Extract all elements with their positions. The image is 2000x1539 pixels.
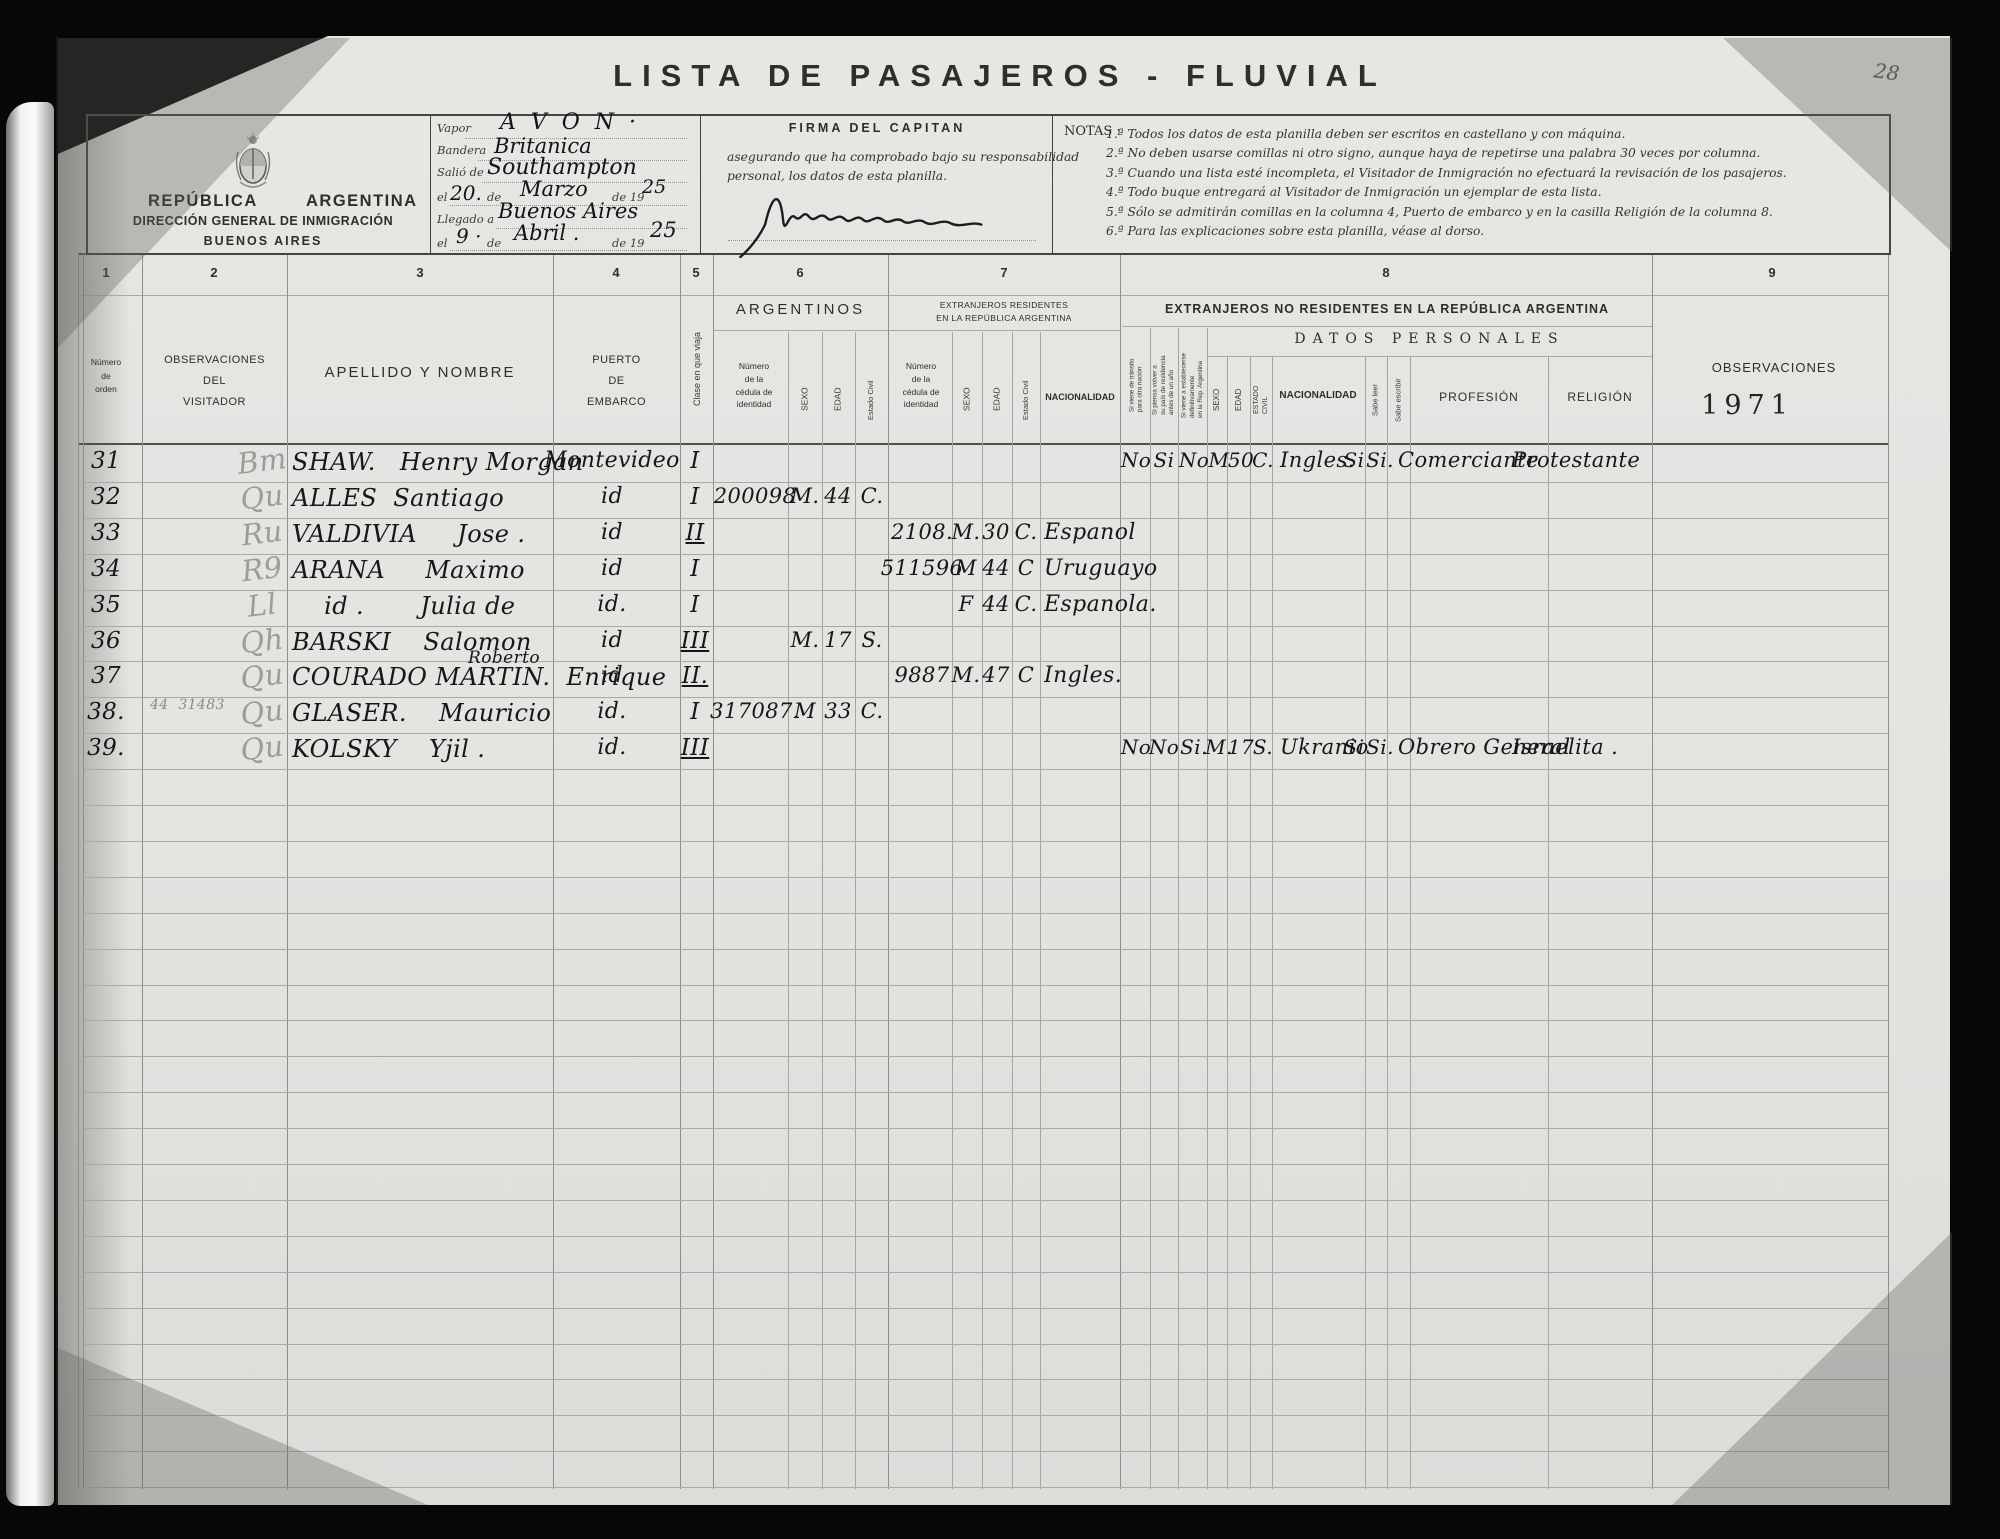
grid-line-v xyxy=(982,332,983,1489)
cell-nr-transit: No xyxy=(1121,448,1151,472)
cell-res-id: 2108. xyxy=(891,520,953,544)
label-de-2: de xyxy=(487,236,501,250)
cell-nr-write: Si. xyxy=(1366,448,1394,472)
column-number: 6 xyxy=(796,265,803,280)
note-item: 5.ª Sólo se admitirán comillas en la col… xyxy=(1106,205,1773,219)
cell-res-sex: F xyxy=(959,592,974,616)
cell-pencil-note: 44 31483 xyxy=(150,697,225,713)
col7-id-header: Número de la cédula de identidad xyxy=(882,360,960,411)
cell-nr-age: 17 xyxy=(1228,735,1254,759)
cell-nr-settle: Si. xyxy=(1180,735,1208,759)
cell-res-id: 511596 xyxy=(881,556,964,580)
label-salio-de: Salió de xyxy=(437,165,484,179)
cell-nr-civil: C. xyxy=(1252,448,1274,472)
row-number: 35 xyxy=(91,592,121,618)
grid-line-v xyxy=(142,253,143,1489)
row-number: 31 xyxy=(91,448,121,474)
cell-port: id xyxy=(601,663,623,688)
grid-line-h xyxy=(84,1092,1888,1093)
grid-line-v xyxy=(1012,332,1013,1489)
column-number: 7 xyxy=(1000,265,1007,280)
grid-line-h xyxy=(84,805,1888,806)
visitor-mark: Ru xyxy=(239,513,284,552)
col8-nacionalidad-header: NACIONALIDAD xyxy=(1272,390,1364,401)
cell-name-above: Roberto xyxy=(468,648,540,668)
cell-res-civil: C. xyxy=(1015,520,1038,544)
col8-datos-header: DATOS PERSONALES xyxy=(1207,331,1652,347)
cell-nr-read: Si xyxy=(1344,448,1365,472)
col7-civil-header: Estado Civil xyxy=(1016,358,1036,442)
cell-nr-settle: No xyxy=(1179,448,1209,472)
row-number: 36 xyxy=(91,628,121,654)
col8-sexo-header: SEXO xyxy=(1208,362,1226,438)
column-number: 2 xyxy=(210,265,217,280)
cell-arg-civil: S. xyxy=(861,628,882,652)
col1-header: Número de orden xyxy=(66,356,146,397)
rule xyxy=(1122,326,1652,327)
label-el: el xyxy=(437,190,447,204)
col8-edad-header: EDAD xyxy=(1230,362,1248,438)
cell-arg-id: 200098 xyxy=(714,484,797,508)
note-item: 4.ª Todo buque entregará al Visitador de… xyxy=(1106,185,1602,199)
rule xyxy=(78,295,1888,296)
cell-class: II xyxy=(686,520,705,546)
visitor-mark: Qh xyxy=(238,621,285,660)
grid-line-h xyxy=(84,913,1888,914)
header-divider xyxy=(700,114,701,253)
cell-res-nat: Espanola. xyxy=(1044,592,1157,617)
cell-class: I xyxy=(690,699,700,725)
row-number: 39. xyxy=(87,735,125,761)
grid-line-h xyxy=(84,1020,1888,1021)
captain-line1: asegurando que ha comprobado bajo su res… xyxy=(727,150,1079,164)
hw-salida-mes: Marzo xyxy=(520,177,588,201)
grid-line-h xyxy=(84,1236,1888,1237)
cell-nr-return: No xyxy=(1149,735,1179,759)
grid-line-h xyxy=(84,1128,1888,1129)
hw-llegada-anio: 25 xyxy=(650,218,677,242)
grid-line-v xyxy=(1227,356,1228,1489)
cell-nr-sex: M xyxy=(1209,448,1230,472)
cell-class: I xyxy=(690,448,700,474)
captain-signature xyxy=(732,171,1035,261)
cell-arg-sex: M. xyxy=(791,628,820,652)
column-number: 8 xyxy=(1382,265,1389,280)
col8-establecerse-header: Si viene a establecerse definitivamente … xyxy=(1180,330,1206,440)
cell-nr-rel: Protestante xyxy=(1512,448,1640,472)
cell-arg-age: 17 xyxy=(824,628,852,652)
hw-llegada-lugar: Buenos Aires xyxy=(498,199,638,223)
grid-line-h xyxy=(84,1379,1888,1380)
cell-name: ARANA Maximo xyxy=(292,556,525,584)
grid-line-v xyxy=(1365,356,1366,1489)
cell-arg-id: 317087. xyxy=(710,699,800,723)
captain-title: FIRMA DEL CAPITAN xyxy=(702,121,1052,135)
sheet xyxy=(58,36,1950,1505)
cell-res-civil: C xyxy=(1018,663,1034,687)
grid-line-v xyxy=(1250,356,1251,1489)
grid-line-h xyxy=(84,949,1888,950)
cell-name: ALLES Santiago xyxy=(292,484,504,512)
col9-header: OBSERVACIONES xyxy=(1660,360,1888,375)
grid-line-h xyxy=(84,626,1888,627)
visitor-mark: R9 xyxy=(240,549,285,588)
rule xyxy=(1207,356,1652,357)
cell-nr-return: Si xyxy=(1154,448,1175,472)
visitor-mark: Bm xyxy=(235,441,288,481)
grid-line-h xyxy=(84,1344,1888,1345)
label-el-2: el xyxy=(437,236,447,250)
col8-religion-header: RELIGIÓN xyxy=(1548,390,1652,404)
note-item: 1.ª Todos los datos de esta planilla deb… xyxy=(1106,127,1625,141)
label-bandera: Bandera xyxy=(437,143,486,157)
grid-line-v xyxy=(78,253,79,1489)
cell-arg-age: 33 xyxy=(824,699,852,723)
scanned-passenger-list-page: LISTA DE PASAJEROS - FLUVIAL 28 REPÚBLIC… xyxy=(0,0,2000,1539)
visitor-mark: Qu xyxy=(238,693,285,732)
grid-line-h xyxy=(84,1164,1888,1165)
col4-header: PUERTO DE EMBARCO xyxy=(553,350,680,413)
cell-class: I xyxy=(690,592,700,618)
cell-arg-sex: M. xyxy=(791,484,820,508)
cell-arg-age: 44 xyxy=(824,484,852,508)
cell-port: id. xyxy=(597,592,626,617)
label-vapor: Vapor xyxy=(437,121,471,135)
grid-line-h xyxy=(84,877,1888,878)
cell-port: id. xyxy=(597,699,626,724)
note-item: 6.ª Para las explicaciones sobre esta pl… xyxy=(1106,224,1484,238)
cell-res-age: 44 xyxy=(982,556,1010,580)
cell-res-sex: M xyxy=(955,556,977,580)
header-divider xyxy=(430,114,431,253)
grid-line-h xyxy=(84,482,1888,483)
grid-line-h xyxy=(84,1451,1888,1452)
cell-res-nat: Ingles. xyxy=(1044,663,1122,688)
cell-res-age: 44 xyxy=(982,592,1010,616)
col5-header: Clase en que viaja xyxy=(686,303,710,435)
grid-line-h xyxy=(84,1415,1888,1416)
note-item: 2.ª No deben usarse comillas ni otro sig… xyxy=(1106,146,1760,160)
grid-line-v xyxy=(1040,332,1041,1489)
book-binding xyxy=(6,102,54,1506)
visitor-mark: Qu xyxy=(238,477,285,516)
grid-line-h xyxy=(84,1200,1888,1201)
cell-res-civil: C xyxy=(1018,556,1034,580)
grid-line-v xyxy=(1272,356,1273,1489)
rule xyxy=(713,330,1120,331)
page-title: LISTA DE PASAJEROS - FLUVIAL xyxy=(613,58,1387,94)
col2-header: OBSERVACIONES DEL VISITADOR xyxy=(142,350,287,413)
row-number: 33 xyxy=(91,520,121,546)
cell-class: I xyxy=(690,556,700,582)
col7-nacionalidad-header: NACIONALIDAD xyxy=(1040,392,1120,402)
grid-line-h xyxy=(84,1056,1888,1057)
grid-line-v xyxy=(553,253,554,1489)
grid-line-h xyxy=(84,518,1888,519)
list-number-stamp: 1971 xyxy=(1655,390,1840,421)
col8-civil-header: ESTADO CIVIL xyxy=(1251,362,1271,438)
hw-salida-dia: 20. xyxy=(450,181,482,205)
col6-edad-header: EDAD xyxy=(828,360,848,438)
cell-res-sex: M. xyxy=(952,663,981,687)
grid-line-v xyxy=(1410,356,1411,1489)
rule xyxy=(78,443,1888,445)
grid-line-v xyxy=(680,253,681,1489)
cell-nr-civil: S. xyxy=(1253,735,1273,759)
label-de19-2: de 19 xyxy=(612,236,644,250)
hw-llegada-mes: Abril . xyxy=(514,221,579,245)
col8-transito-header: Si viene de tránsito para otra nación xyxy=(1124,330,1149,440)
cell-res-age: 47 xyxy=(982,663,1010,687)
row-number: 34 xyxy=(91,556,121,582)
header-divider xyxy=(1052,114,1053,253)
cell-name: VALDIVIA Jose . xyxy=(292,520,525,548)
grid-line-v xyxy=(822,332,823,1489)
grid-line-h xyxy=(84,590,1888,591)
grid-line-v xyxy=(855,332,856,1489)
grid-line-v xyxy=(83,253,84,1489)
grid-line-h xyxy=(84,661,1888,662)
hw-llegada-dia: 9 · xyxy=(456,224,481,248)
cell-nr-write: Si. xyxy=(1366,735,1394,759)
grid-line-v xyxy=(952,332,953,1489)
grid-line-v xyxy=(287,253,288,1489)
grid-line-v xyxy=(1120,253,1121,1489)
column-number: 3 xyxy=(416,265,423,280)
cell-nr-transit: No xyxy=(1121,735,1151,759)
cell-class: III xyxy=(681,735,709,761)
cell-res-nat: Espanol xyxy=(1044,520,1136,545)
grid-line-h xyxy=(84,1308,1888,1309)
col7-edad-header: EDAD xyxy=(987,360,1007,438)
col6-civil-header: Estado Civil xyxy=(861,358,881,442)
grid-line-v xyxy=(888,253,889,1489)
cell-port: id xyxy=(601,484,623,509)
cell-port: id xyxy=(601,628,623,653)
cell-class: III xyxy=(681,628,709,654)
cell-name: id . Julia de xyxy=(292,592,515,620)
grid-line-h xyxy=(84,841,1888,842)
col8-title: EXTRANJEROS NO RESIDENTES EN LA REPÚBLIC… xyxy=(1122,302,1652,316)
cell-res-age: 30 xyxy=(982,520,1010,544)
grid-line-h xyxy=(84,554,1888,555)
cell-port: id. xyxy=(597,735,626,760)
note-item: 3.ª Cuando una lista esté incompleta, el… xyxy=(1106,166,1787,180)
row-number: 32 xyxy=(91,484,121,510)
cell-class: II. xyxy=(682,663,709,689)
grid-line-h xyxy=(84,985,1888,986)
col6-sexo-header: SEXO xyxy=(795,360,815,438)
cell-res-sex: M. xyxy=(952,520,981,544)
grid-line-v xyxy=(1207,328,1208,1489)
grid-line-v xyxy=(1387,356,1388,1489)
org-name-right: ARGENTINA xyxy=(306,192,418,211)
grid-line-v xyxy=(1652,253,1653,1489)
visitor-mark: Ll xyxy=(245,586,278,623)
grid-line-h xyxy=(84,1272,1888,1273)
grid-line-h xyxy=(84,733,1888,734)
visitor-mark: Qu xyxy=(238,729,285,768)
row-number: 37 xyxy=(91,663,121,689)
grid-line-v xyxy=(713,253,714,1489)
cell-arg-civil: C. xyxy=(861,699,884,723)
visitor-mark: Qu xyxy=(238,657,285,696)
hw-vapor: A V O N · xyxy=(500,110,640,135)
cell-nr-rel: Israelita . xyxy=(1512,735,1618,759)
cell-name: GLASER. Mauricio xyxy=(292,699,551,727)
cell-arg-civil: C. xyxy=(861,484,884,508)
col8-profesion-header: PROFESIÓN xyxy=(1410,390,1548,404)
cell-port: Montevideo xyxy=(544,448,680,473)
column-number: 9 xyxy=(1768,265,1775,280)
grid-line-v xyxy=(1150,328,1151,1489)
cell-nr-read: Si xyxy=(1344,735,1365,759)
col7-sexo-header: SEXO xyxy=(957,360,977,438)
cell-name: KOLSKY Yjil . xyxy=(292,735,485,763)
cell-class: I xyxy=(690,484,700,510)
col8-sabe-leer-header: Sabe leer xyxy=(1366,362,1385,438)
column-number: 4 xyxy=(612,265,619,280)
col6-title: ARGENTINOS xyxy=(713,301,888,318)
grid-line-v xyxy=(1548,356,1549,1489)
column-number: 5 xyxy=(692,265,699,280)
cell-arg-sex: M xyxy=(794,699,816,723)
col3-header: APELLIDO Y NOMBRE xyxy=(287,364,553,381)
cell-nr-age: 50 xyxy=(1228,448,1254,472)
col8-sabe-escribir-header: Sabe escribir xyxy=(1389,362,1408,438)
grid-line-h xyxy=(84,769,1888,770)
cell-res-civil: C. xyxy=(1015,592,1038,616)
cell-res-nat: Uruguayo xyxy=(1044,556,1157,581)
grid-line-h xyxy=(84,697,1888,698)
grid-line-v xyxy=(1178,328,1179,1489)
cell-port: id xyxy=(601,520,623,545)
col8-volver-header: Si piensa volver a su país de residencia… xyxy=(1151,330,1177,440)
row-number: 38. xyxy=(87,699,125,725)
col7-title: EXTRANJEROS RESIDENTES EN LA REPÚBLICA A… xyxy=(888,299,1120,325)
cell-name: SHAW. Henry Morgan xyxy=(292,448,584,476)
hw-salida-anio: 25 xyxy=(642,176,666,198)
cell-res-id: 9887 xyxy=(894,663,949,687)
cell-port: id xyxy=(601,556,623,581)
col6-id-header: Número de la cédula de identidad xyxy=(715,360,793,411)
